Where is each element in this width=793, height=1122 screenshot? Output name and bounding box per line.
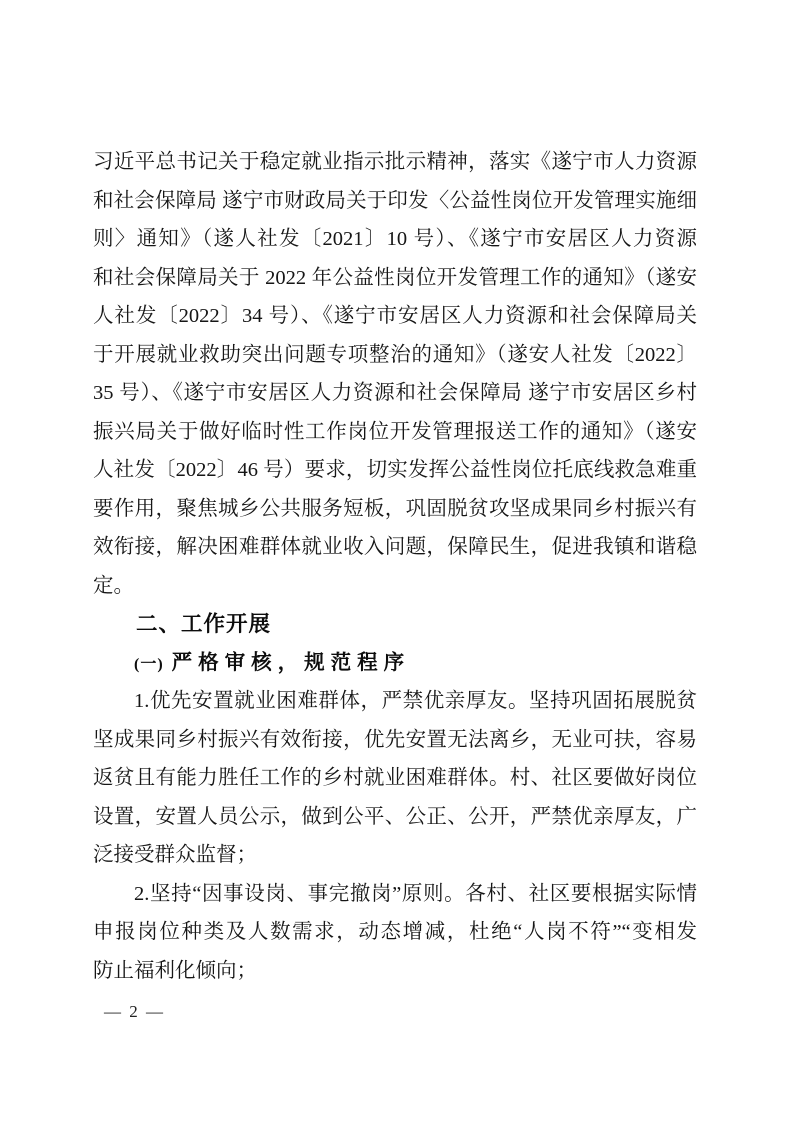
body-line: 2.坚持“因事设岗、事完撤岗”原则。各村、社区要根据实际情况 — [93, 875, 697, 914]
body-line: 和社会保障局 遂宁市财政局关于印发〈公益性岗位开发管理实施细 — [93, 182, 697, 221]
body-line: 则〉通知》（遂人社发〔2021〕10 号）、《遂宁市安居区人力资源 — [93, 220, 697, 259]
body-line: 和社会保障局关于 2022 年公益性岗位开发管理工作的通知》（遂安 — [93, 259, 697, 298]
body-line: 坚成果同乡村振兴有效衔接，优先安置无法离乡，无业可扶，容易 — [93, 721, 697, 760]
paragraph-point-2: 2.坚持“因事设岗、事完撤岗”原则。各村、社区要根据实际情况 申报岗位种类及人数… — [93, 875, 697, 991]
body-line: 要作用，聚焦城乡公共服务短板，巩固脱贫攻坚成果同乡村振兴有 — [93, 490, 697, 529]
body-line: 申报岗位种类及人数需求，动态增减，杜绝“人岗不符”“变相发钱”， — [93, 913, 697, 952]
body-line: 35 号）、《遂宁市安居区人力资源和社会保障局 遂宁市安居区乡村 — [93, 374, 697, 413]
body-line: 设置，安置人员公示，做到公平、公正、公开，严禁优亲厚友，广 — [93, 798, 697, 837]
body-line: 效衔接，解决困难群体就业收入问题，保障民生，促进我镇和谐稳 — [93, 528, 697, 567]
subsection-heading: (一)严格审核，规范程序 — [93, 644, 697, 683]
subsection-title: 严格审核，规范程序 — [172, 652, 411, 674]
body-line: 防止福利化倾向； — [93, 952, 697, 991]
document-page: 习近平总书记关于稳定就业指示批示精神，落实《遂宁市人力资源 和社会保障局 遂宁市… — [0, 0, 793, 1122]
body-line: 人社发〔2022〕46 号）要求，切实发挥公益性岗位托底线救急难重 — [93, 451, 697, 490]
body-line: 返贫且有能力胜任工作的乡村就业困难群体。村、社区要做好岗位 — [93, 759, 697, 798]
body-line: 于开展就业救助突出问题专项整治的通知》（遂安人社发〔2022〕 — [93, 336, 697, 375]
paragraph-intro: 习近平总书记关于稳定就业指示批示精神，落实《遂宁市人力资源 和社会保障局 遂宁市… — [93, 143, 697, 605]
subsection-marker: (一) — [134, 656, 164, 673]
body-line: 定。 — [93, 567, 697, 606]
section-heading: 二、工作开展 — [93, 605, 697, 644]
page-number: — 2 — — [104, 1000, 165, 1024]
body-line: 1.优先安置就业困难群体，严禁优亲厚友。坚持巩固拓展脱贫攻 — [93, 682, 697, 721]
body-line: 振兴局关于做好临时性工作岗位开发管理报送工作的通知》（遂安 — [93, 413, 697, 452]
body-line: 泛接受群众监督； — [93, 836, 697, 875]
body-line: 习近平总书记关于稳定就业指示批示精神，落实《遂宁市人力资源 — [93, 143, 697, 182]
body-line: 人社发〔2022〕34 号）、《遂宁市安居区人力资源和社会保障局关 — [93, 297, 697, 336]
document-content: 习近平总书记关于稳定就业指示批示精神，落实《遂宁市人力资源 和社会保障局 遂宁市… — [93, 143, 697, 990]
paragraph-point-1: 1.优先安置就业困难群体，严禁优亲厚友。坚持巩固拓展脱贫攻 坚成果同乡村振兴有效… — [93, 682, 697, 875]
